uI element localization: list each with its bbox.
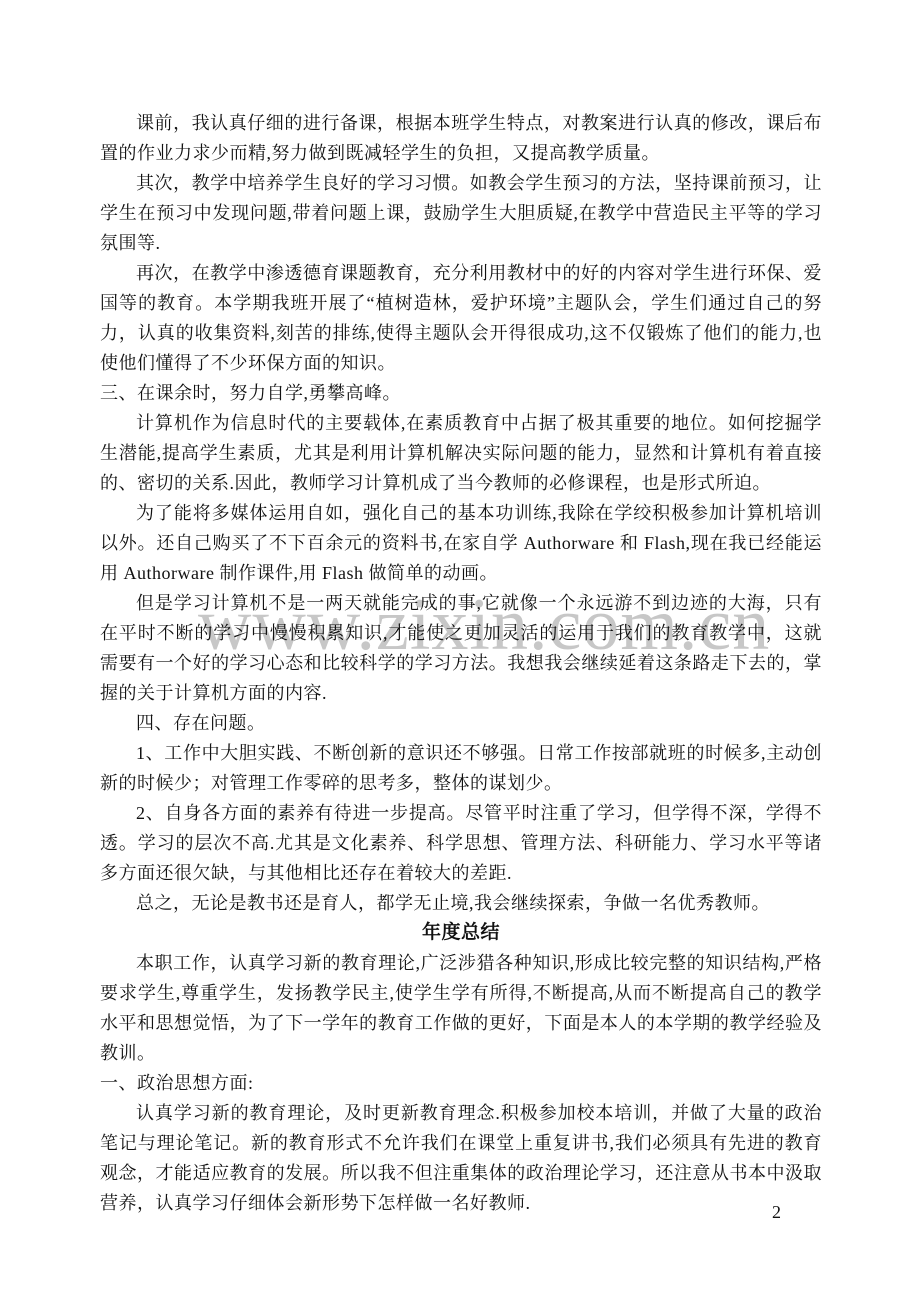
paragraph-moral-education: 再次，在教学中渗透德育课题教育，充分利用教材中的好的内容对学生进行环保、爱国等的…	[100, 258, 822, 378]
paragraph-political-study: 认真学习新的教育理论，及时更新教育理念.积极参加校本培训，并做了大量的政治笔记与…	[100, 1098, 822, 1218]
paragraph-conclusion: 总之，无论是教书还是育人，都学无止境,我会继续探索，争做一名优秀教师。	[100, 888, 822, 918]
paragraph-problem-1: 1、工作中大胆实践、不断创新的意识还不够强。日常工作按部就班的时候多,主动创新的…	[100, 738, 822, 798]
document-body: 课前，我认真仔细的进行备课，根据本班学生特点，对教案进行认真的修改，课后布置的作…	[100, 108, 822, 1218]
heading-annual-summary: 年度总结	[100, 918, 822, 948]
heading-section-4: 四、存在问题。	[100, 708, 822, 738]
paragraph-study-habits: 其次，教学中培养学生良好的学习习惯。如教会学生预习的方法，坚持课前预习，让学生在…	[100, 168, 822, 258]
document-page: www.zixin.com.cn 课前，我认真仔细的进行备课，根据本班学生特点，…	[0, 0, 920, 1302]
paragraph-multimedia-study: 为了能将多媒体运用自如，强化自己的基本功训练,我除在学绞积极参加计算机培训以外。…	[100, 498, 822, 588]
paragraph-computer-role: 计算机作为信息时代的主要载体,在素质教育中占据了极其重要的地位。如何挖掘学生潜能…	[100, 408, 822, 498]
paragraph-problem-2: 2、自身各方面的素养有待进一步提高。尽管平时注重了学习，但学得不深，学得不透。学…	[100, 798, 822, 888]
paragraph-annual-intro: 本职工作，认真学习新的教育理论,广泛涉猎各种知识,形成比较完整的知识结构,严格要…	[100, 948, 822, 1068]
paragraph-lesson-prep: 课前，我认真仔细的进行备课，根据本班学生特点，对教案进行认真的修改，课后布置的作…	[100, 108, 822, 168]
heading-section-3: 三、在课余时，努力自学,勇攀高峰。	[100, 378, 822, 408]
page-number: 2	[772, 1202, 781, 1223]
paragraph-learning-attitude: 但是学习计算机不是一两天就能完成的事,它就像一个永远游不到边迹的大海，只有在平时…	[100, 588, 822, 708]
heading-political-thought: 一、政治思想方面:	[100, 1068, 822, 1098]
